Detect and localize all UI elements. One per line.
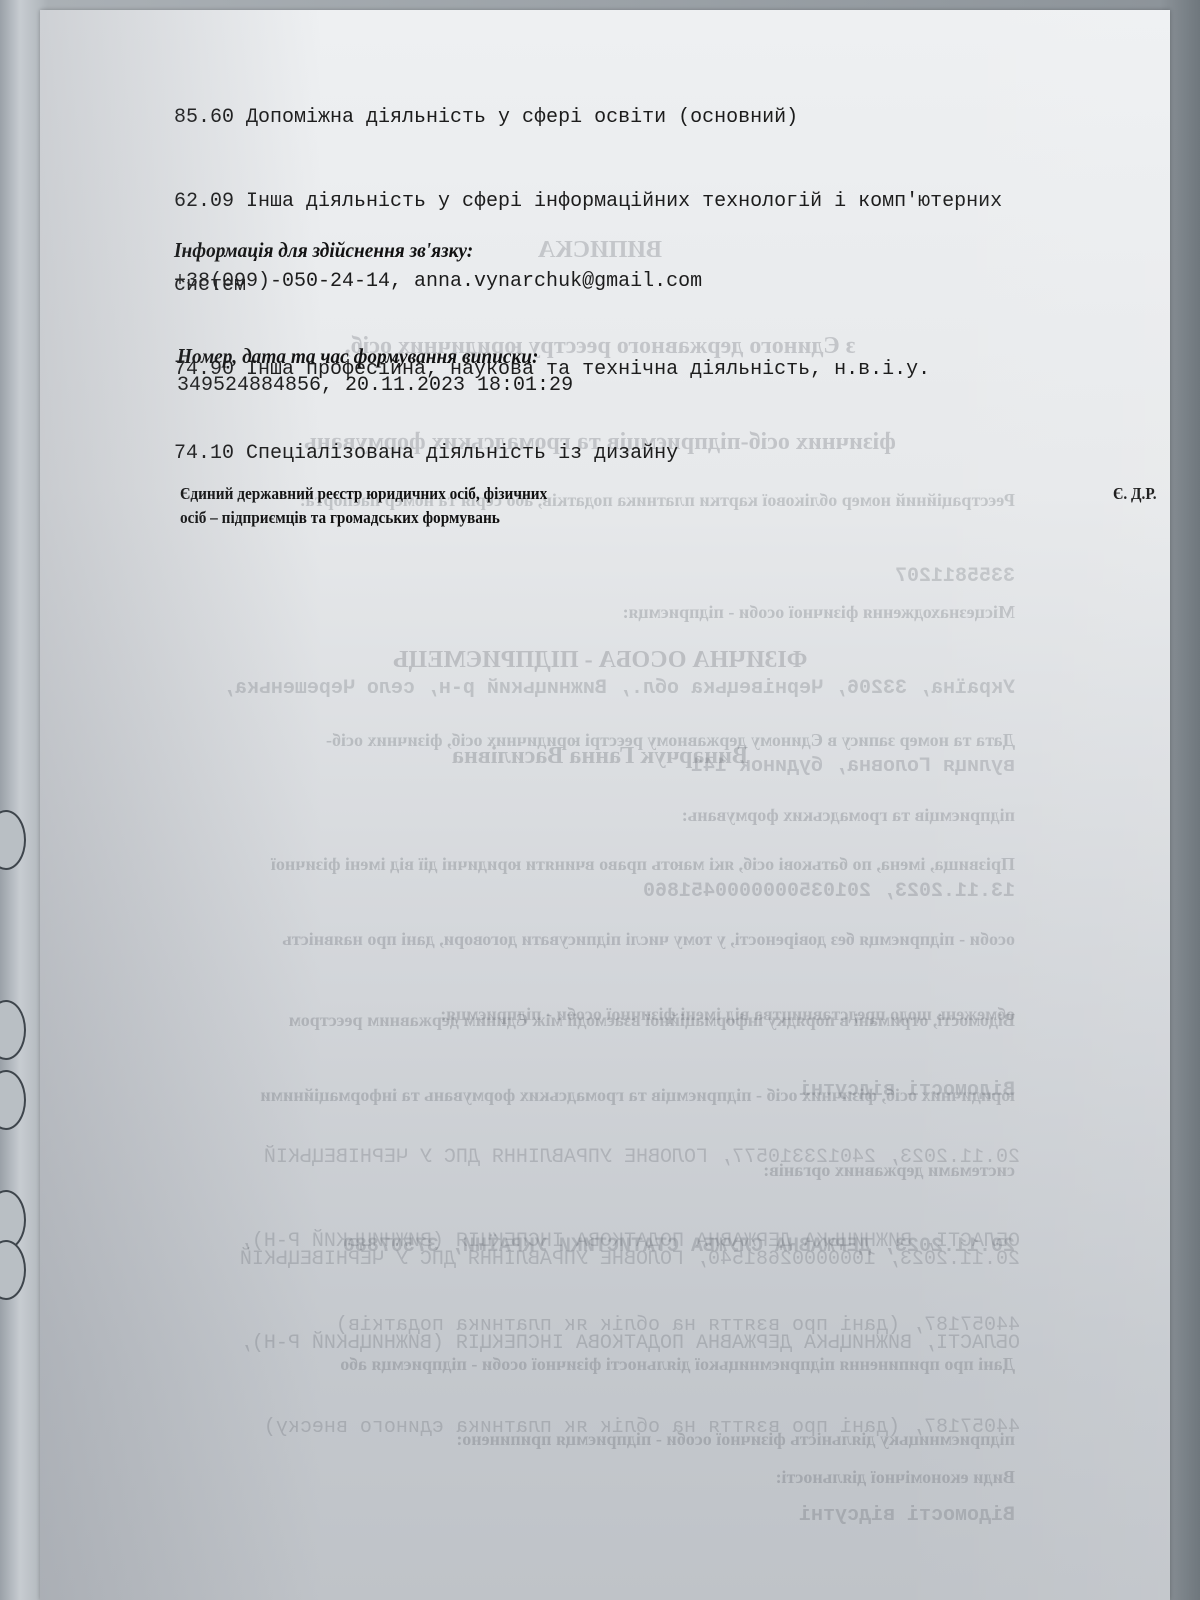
- contact-value: +38(099)-050-24-14, anna.vynarchuk@gmail…: [174, 268, 702, 296]
- bleed-line: особи - підприємця без довіреності, у то…: [85, 927, 1015, 952]
- registry-abbreviation: Є. Д.Р.: [1113, 482, 1157, 506]
- registry-name-line2: осіб – підприємців та громадських формув…: [180, 506, 547, 530]
- bleed-line: Прізвища, імена, по батькові осіб, які м…: [85, 852, 1015, 877]
- registry-name: Єдиний державний реєстр юридичних осіб, …: [180, 482, 547, 530]
- bleed-line: 20.11.2023, 10000002681540, ГОЛОВНЕ УПРА…: [120, 1246, 1020, 1274]
- bleed-line: 20.11.2023, 240123310577, ГОЛОВНЕ УПРАВЛ…: [120, 1144, 1020, 1172]
- registry-name-line1: Єдиний державний реєстр юридичних осіб, …: [180, 482, 547, 506]
- extract-heading: Номер, дата та час формування виписки:: [177, 344, 538, 369]
- activity-line: 62.09 Інша діяльність у сфері інформацій…: [174, 188, 1002, 216]
- activity-line: 74.10 Спеціалізована діяльність із дизай…: [174, 440, 1002, 468]
- extract-value: 349524884856, 20.11.2023 18:01:29: [177, 372, 573, 400]
- bleed-line: Дані про припинення підприємницької діял…: [160, 1352, 1015, 1377]
- contact-heading: Інформація для здійснення зв'язку:: [174, 238, 473, 263]
- bleed-line: Відомості, отримані в порядку інформацій…: [85, 1008, 1015, 1033]
- bleed-line: Дата та номер запису в Єдиному державном…: [85, 728, 1015, 753]
- document-page: ВИПИСКА з Єдиного державного реєстру юри…: [40, 10, 1170, 1600]
- activity-line: 85.60 Допоміжна діяльність у сфері освіт…: [174, 104, 1002, 132]
- bleed-line: Види економічної діяльності:: [700, 1465, 1015, 1490]
- bleed-block: Види економічної діяльності:: [700, 1415, 1015, 1540]
- bleed-line: Місцезнаходження фізичної особи - підпри…: [85, 600, 1015, 625]
